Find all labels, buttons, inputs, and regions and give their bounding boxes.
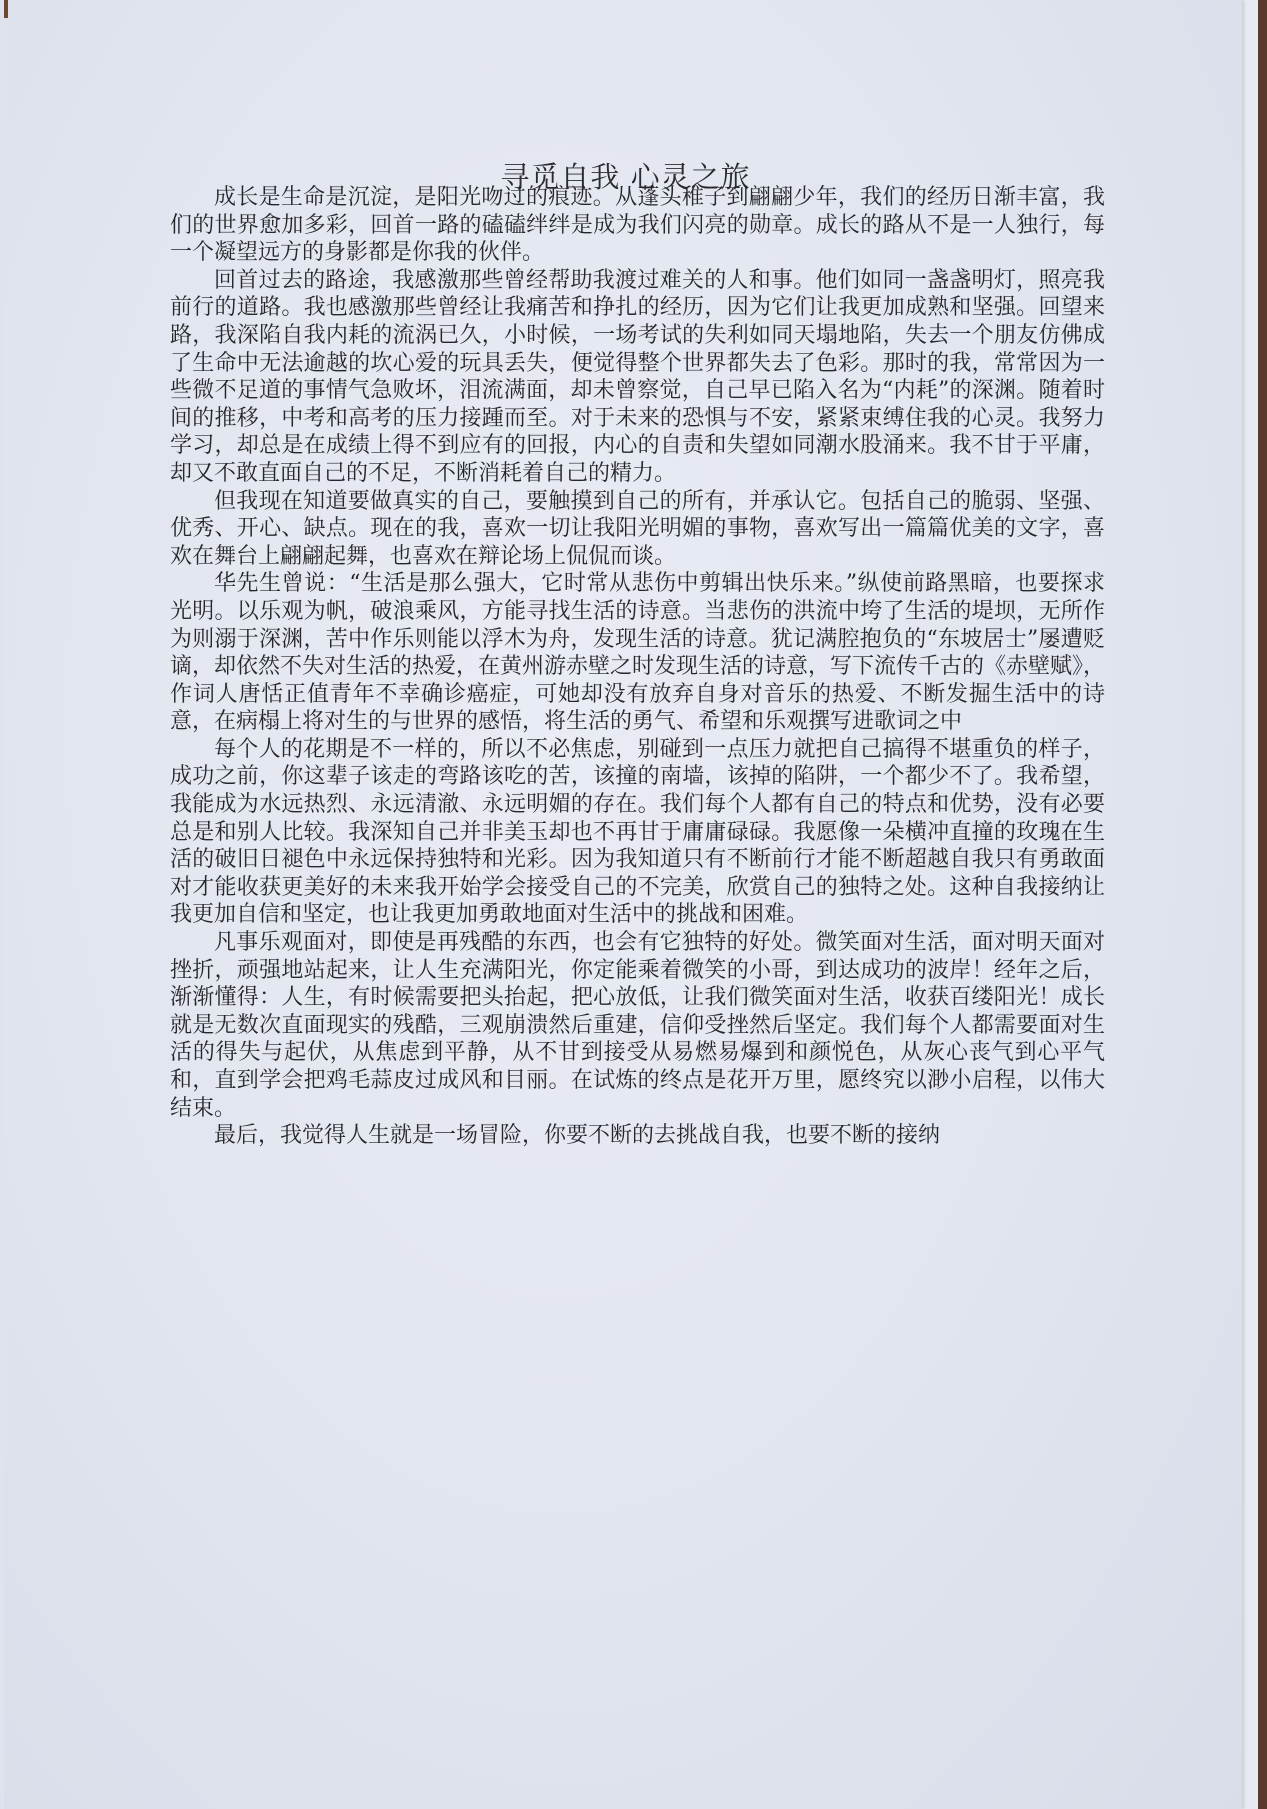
paragraph-4: 华先生曾说：“生活是那么强大，它时常从悲伤中剪辑出快乐来。”纵使前路黑暗，也要探… bbox=[170, 570, 1105, 736]
paragraph-6: 凡事乐观面对，即使是再残酷的东西，也会有它独特的好处。微笑面对生活，面对明天面对… bbox=[170, 929, 1105, 1122]
document-body: 成长是生命是沉淀，是阳光吻过的痕迹。从蓬头稚子到翩翩少年，我们的经历日渐丰富，我… bbox=[170, 184, 1105, 1150]
paragraph-3: 但我现在知道要做真实的自己，要触摸到自己的所有，并承认它。包括自己的脆弱、坚强、… bbox=[170, 488, 1105, 571]
background-corner bbox=[4, 0, 8, 18]
paragraph-7: 最后，我觉得人生就是一场冒险，你要不断的去挑战自我，也要不断的接纳 bbox=[170, 1122, 1105, 1150]
paragraph-5: 每个人的花期是不一样的，所以不必焦虑，别碰到一点压力就把自己搞得不堪重负的样子，… bbox=[170, 736, 1105, 929]
paragraph-1: 成长是生命是沉淀，是阳光吻过的痕迹。从蓬头稚子到翩翩少年，我们的经历日渐丰富，我… bbox=[170, 184, 1105, 267]
paragraph-2: 回首过去的路途，我感激那些曾经帮助我渡过难关的人和事。他们如同一盏盏明灯，照亮我… bbox=[170, 267, 1105, 488]
